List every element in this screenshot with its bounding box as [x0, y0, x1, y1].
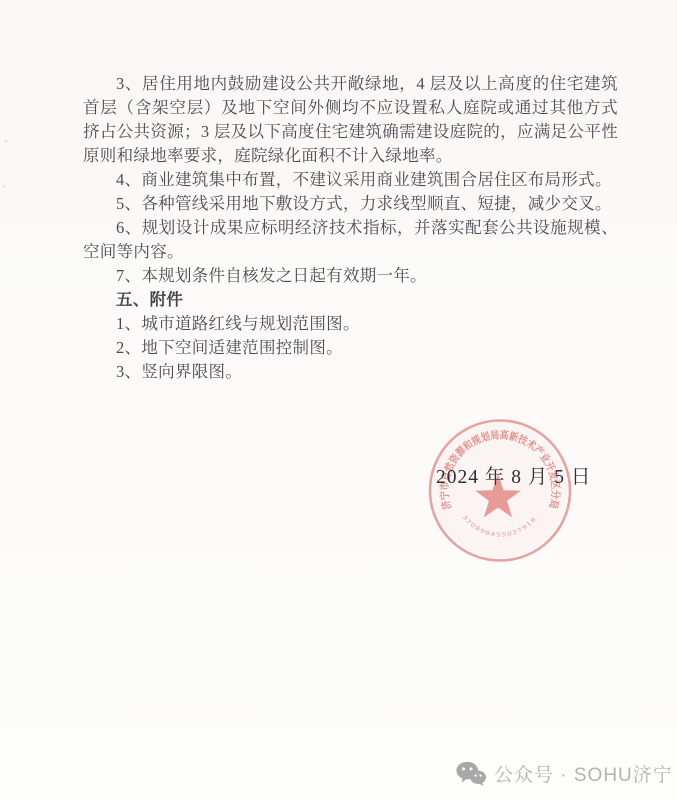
document-body: 3、居住用地内鼓励建设公共开敞绿地，4 层及以上高度的住宅建筑首层（含架空层）及…	[83, 72, 618, 384]
clause-4: 4、商业建筑集中布置，不建议采用商业建筑围合居住区布局形式。	[83, 168, 618, 192]
seal-graphic: 济宁市自然资源和规划局高新技术产业开发区分局 370898455027918	[425, 415, 575, 565]
scanned-document-page: 3、居住用地内鼓励建设公共开敞绿地，4 层及以上高度的住宅建筑首层（含架空层）及…	[0, 0, 677, 800]
attachment-item-1: 1、城市道路红线与规划范围图。	[83, 312, 618, 336]
wechat-icon	[456, 761, 486, 786]
attachment-item-2: 2、地下空间适建范围控制图。	[83, 336, 618, 360]
publisher-watermark: 公众号 · SOHU济宁	[456, 760, 673, 787]
section-heading-attachments: 五、附件	[83, 288, 618, 312]
clause-5: 5、各种管线采用地下敷设方式，力求线型顺直、短捷，减少交叉。	[83, 192, 618, 216]
attachment-item-3: 3、竖向界限图。	[83, 360, 618, 384]
watermark-label: 公众号 · SOHU济宁	[494, 760, 673, 787]
official-seal: 济宁市自然资源和规划局高新技术产业开发区分局 370898455027918	[425, 415, 575, 565]
scan-speck	[3, 185, 6, 188]
clause-6: 6、规划设计成果应标明经济技术指标，并落实配套公共设施规模、空间等内容。	[83, 216, 618, 264]
scan-speck	[4, 140, 8, 143]
clause-3: 3、居住用地内鼓励建设公共开敞绿地，4 层及以上高度的住宅建筑首层（含架空层）及…	[83, 72, 618, 168]
issue-date: 2024 年 8 月 5 日	[436, 461, 591, 489]
clause-7: 7、本规划条件自核发之日起有效期一年。	[83, 264, 618, 288]
